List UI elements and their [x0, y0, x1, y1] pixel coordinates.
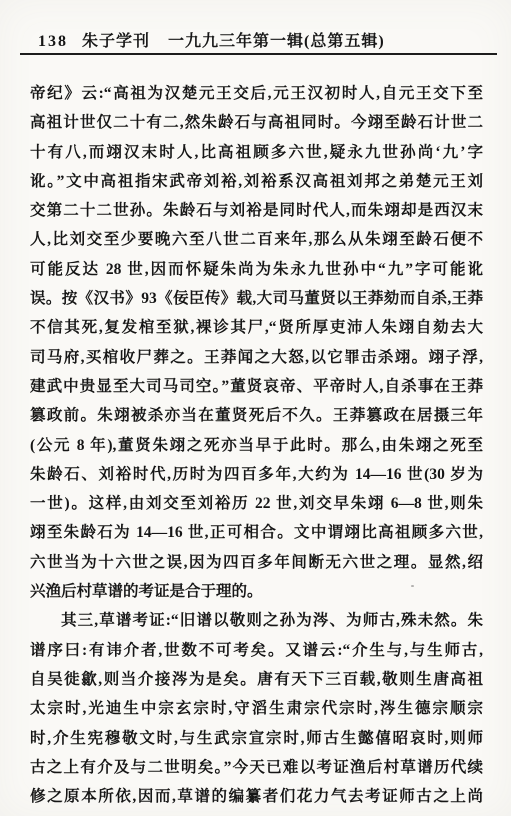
text-line: 篡政前。朱翊被杀亦当在董贤死后不久。王莽篡政在居摄三年: [30, 401, 483, 430]
text-line: 朱龄石、刘裕时代,历时为四百多年,大约为 14—16 世(30 岁为: [30, 460, 483, 489]
text-line-paragraph-end: 兴渔后村草谱的考证是合于理的。: [30, 577, 483, 606]
body-text-block: 帝纪》云:“高祖为汉楚元王交后,元王汉初时人,自元王交下至 高祖计世仅二十有二,…: [30, 79, 483, 811]
text-line: 六世当为十六世之误,因为四百多年间断无六世之理。显然,绍: [30, 548, 483, 577]
text-line: 十有八,而翊汉末时人,比高祖顾多六世,疑永九世孙尚‘九’字: [30, 138, 483, 167]
running-head: 138朱子学刊一九九三年第一辑(总第五辑): [38, 28, 488, 51]
text-line: 太宗时,光迪生中宗玄宗时,守滔生肃宗代宗时,涔生德宗顺宗: [30, 694, 483, 723]
text-line: 讹。”文中高祖指宋武帝刘裕,刘裕系汉高祖刘邦之弟楚元王刘: [30, 167, 483, 196]
scan-speck: [167, 646, 169, 649]
scanned-journal-page: 138朱子学刊一九九三年第一辑(总第五辑) 帝纪》云:“高祖为汉楚元王交后,元王…: [0, 0, 511, 816]
text-line: 古之上有介及与二世明矣。”今天已难以考证渔后村草谱历代续: [30, 753, 483, 782]
text-line: 谱序曰:有讳介者,世数不可考矣。又谱云:“介生与,与生师古,: [30, 636, 483, 665]
text-line: 修之原本所依,因而,草谱的编纂者们花力气去考证师古之上尚: [30, 782, 483, 811]
text-line: 自吴徙歙,则当介接涔为是矣。唐有天下三百载,敬则生唐高祖: [30, 665, 483, 694]
text-line-paragraph-start: 其三,草谱考证:“旧谱以敬则之孙为涔、为师古,殊未然。朱: [30, 606, 483, 635]
scan-speck: [247, 232, 249, 234]
text-line: 误。按《汉书》93《佞臣传》载,大司马董贤以王莽劾而自杀,王莽: [30, 284, 483, 313]
text-line: (公元 8 年),董贤朱翊之死亦当早于此时。那么,由朱翊之死至: [30, 431, 483, 460]
text-line: 司马府,买棺收尸葬之。王莽闻之大怒,以它罪击杀翊。翊子浮,: [30, 343, 483, 372]
text-line: 不信其死,复发棺至狱,裸诊其尸,“贤所厚吏沛人朱翊自劾去大: [30, 313, 483, 342]
text-line: 建武中贵显至大司马司空。”董贤哀帝、平帝时人,自杀事在王莽: [30, 372, 483, 401]
text-line: 一世)。这样,由刘交至刘裕历 22 世,刘交早朱翊 6—8 世,则朱: [30, 489, 483, 518]
text-line: 人,比刘交至少要晚六至八世二百来年,那么从朱翊至龄石便不: [30, 225, 483, 254]
text-line: 帝纪》云:“高祖为汉楚元王交后,元王汉初时人,自元王交下至: [30, 79, 483, 108]
page-number: 138: [38, 33, 68, 51]
text-line: 高祖计世仅二十有二,然朱龄石与高祖同时。今翊至龄石计世二: [30, 108, 483, 137]
journal-title: 朱子学刊: [82, 28, 150, 51]
text-line: 时,介生宪穆敬文时,与生武宗宣宗时,师古生懿僖昭哀时,则师: [30, 724, 483, 753]
issue-title: 一九九三年第一辑(总第五辑): [168, 33, 385, 50]
header-divider-rule: [20, 53, 497, 55]
scan-speck: [411, 585, 414, 587]
text-line: 翊至朱龄石为 14—16 世,正可相合。文中谓翊比高祖顾多六世,: [30, 518, 483, 547]
text-line: 可能反达 28 世,因而怀疑朱尚为朱永九世孙中“九”字可能讹: [30, 255, 483, 284]
text-line: 交第二十二世孙。朱龄石与刘裕是同时代人,而朱翊却是西汉末: [30, 196, 483, 225]
